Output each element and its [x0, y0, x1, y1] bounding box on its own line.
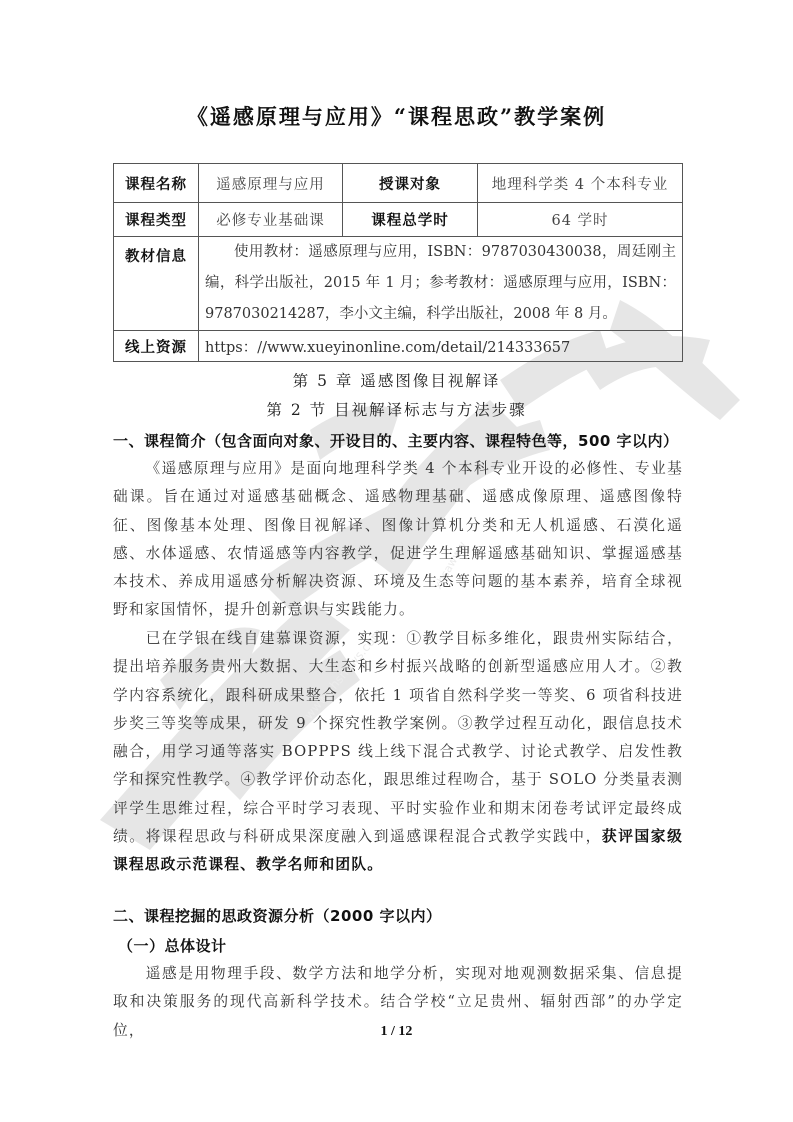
paragraph-features-text: 已在学银在线自建慕课资源，实现：①教学目标多维化，跟贵州实际结合，提出培养服务贵… — [113, 630, 683, 845]
heading-resource-analysis: 二、课程挖掘的思政资源分析（2000 字以内） — [113, 905, 441, 926]
paragraph-intro: 《遥感原理与应用》是面向地理科学类 4 个本科专业开设的必修性、专业基础课。旨在… — [113, 455, 683, 625]
textbook-label: 教材信息 — [114, 237, 199, 331]
audience-value: 地理科学类 4 个本科专业 — [478, 164, 683, 203]
audience-label: 授课对象 — [343, 164, 478, 203]
online-resource-label: 线上资源 — [114, 331, 199, 362]
textbook-info: 使用教材：遥感原理与应用，ISBN：9787030430038，周廷刚主编，科学… — [199, 237, 683, 331]
course-type-label: 课程类型 — [114, 203, 199, 237]
heading-overall-design: （一）总体设计 — [118, 935, 227, 956]
document-page: www.xhsnews.com xhsawww 《遥感原理与应用》“课程思政”教… — [0, 0, 793, 1122]
total-hours-label: 课程总学时 — [343, 203, 478, 237]
document-title: 《遥感原理与应用》“课程思政”教学案例 — [0, 101, 793, 131]
course-info-table: 课程名称 遥感原理与应用 授课对象 地理科学类 4 个本科专业 课程类型 必修专… — [113, 163, 683, 362]
paragraph-intro-text: 《遥感原理与应用》是面向地理科学类 4 个本科专业开设的必修性、专业基础课。旨在… — [113, 460, 683, 618]
paragraph-features: 已在学银在线自建慕课资源，实现：①教学目标多维化，跟贵州实际结合，提出培养服务贵… — [113, 625, 683, 880]
chapter-heading: 第 5 章 遥感图像目视解译 — [0, 369, 793, 391]
table-row: 课程类型 必修专业基础课 课程总学时 64 学时 — [114, 203, 683, 237]
table-row: 课程名称 遥感原理与应用 授课对象 地理科学类 4 个本科专业 — [114, 164, 683, 203]
table-row: 线上资源 https：//www.xueyinonline.com/detail… — [114, 331, 683, 362]
total-hours-value: 64 学时 — [478, 203, 683, 237]
course-name-label: 课程名称 — [114, 164, 199, 203]
heading-course-intro: 一、课程简介（包含面向对象、开设目的、主要内容、课程特色等，500 字以内） — [113, 430, 679, 451]
section-heading: 第 2 节 目视解译标志与方法步骤 — [0, 398, 793, 420]
table-row: 教材信息 使用教材：遥感原理与应用，ISBN：9787030430038，周廷刚… — [114, 237, 683, 331]
page-number: 1 / 12 — [0, 1024, 793, 1040]
online-resource-link[interactable]: https：//www.xueyinonline.com/detail/2143… — [199, 331, 683, 362]
course-type-value: 必修专业基础课 — [199, 203, 343, 237]
course-name-value: 遥感原理与应用 — [199, 164, 343, 203]
